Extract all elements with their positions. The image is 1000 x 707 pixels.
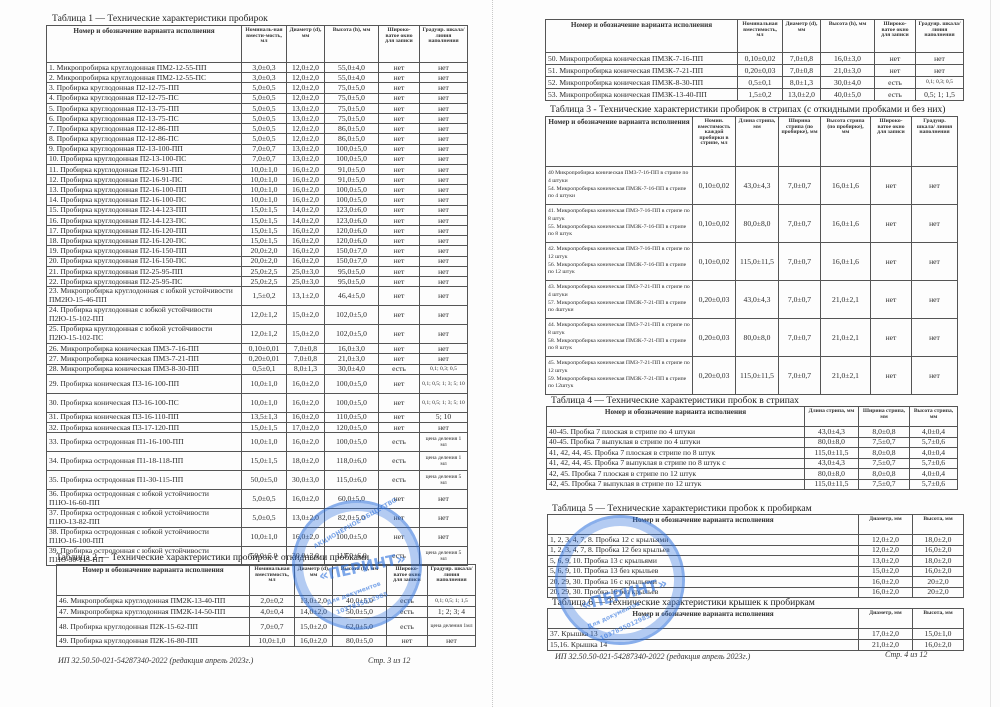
variant-cell: 41, 42, 44, 45. Пробка 7 выпуклая в стри… <box>547 458 805 469</box>
value-cell: 7,0±0,7 <box>242 144 287 154</box>
value-cell: 15,0±1,5 <box>242 452 287 471</box>
value-cell: 25,0±3,0 <box>287 266 325 276</box>
column-header: Широко-ватое окно для записи <box>379 26 420 63</box>
value-cell: 16,0±2,0 <box>287 374 325 393</box>
value-cell: 15,0±2,0 <box>859 566 913 577</box>
value-cell: есть <box>379 547 420 566</box>
value-cell: 18,0±2,0 <box>913 556 964 567</box>
table-row: 9. Пробирка круглодонная П2-13-100-ПП7,0… <box>47 144 468 154</box>
value-cell: нет <box>420 325 468 344</box>
value-cell: 21,0±2,0 <box>859 640 913 651</box>
variant-cell: 15. Пробирка круглодонная П2-14-123-ПП <box>47 205 242 215</box>
value-cell: нет <box>379 195 420 205</box>
value-cell: 100,0±5,0 <box>325 144 379 154</box>
value-cell: нет <box>420 509 468 528</box>
value-cell: 102,0±5,0 <box>325 325 379 344</box>
table5-caption: Таблица 5 — Технические характеристики п… <box>552 503 812 514</box>
value-cell: 20,0±2,0 <box>242 246 287 256</box>
table-row: 40-45. Пробка 7 выпуклая в стрипе по 4 ш… <box>547 437 958 448</box>
value-cell: 0,10±0,02 <box>693 243 736 281</box>
value-cell: 10,0±1,0 <box>242 374 287 393</box>
column-header: Номер и обозначение варианта исполнения <box>546 20 738 53</box>
value-cell: 16,0±2,0 <box>287 175 325 185</box>
column-header: Широко-ватое окно для записи <box>871 117 912 167</box>
value-cell: 16,0±2,0 <box>859 577 913 588</box>
table-row: 24. Пробирка круглодонная с юбкой устойч… <box>47 306 468 325</box>
column-header: Диаметр, мм <box>859 515 913 535</box>
variant-cell: 26. Микропробирка коническая ПМ3-7-16-ПП <box>47 344 242 354</box>
value-cell: нет <box>871 205 912 243</box>
value-cell: 7,5±0,7 <box>859 479 910 490</box>
value-cell: 16,0±2,0 <box>913 566 964 577</box>
value-cell: нет <box>379 154 420 164</box>
table3-strip-tubes: Номер и обозначение варианта исполненияН… <box>545 116 958 395</box>
table-row: 40-45. Пробка 7 плоская в стрипе по 4 шт… <box>547 427 958 438</box>
column-header: Номер и обозначение варианта исполнения <box>47 26 242 63</box>
value-cell: 123,0±6,0 <box>325 205 379 215</box>
value-cell: 25,0±3,0 <box>287 276 325 286</box>
variant-cell: 24. Пробирка круглодонная с юбкой устойч… <box>47 306 242 325</box>
variant-cell: 12. Пробирка круглодонная П2-16-91-ПС <box>47 175 242 185</box>
value-cell: нет <box>420 63 468 73</box>
value-cell: 10,0±1,0 <box>242 528 287 547</box>
value-cell: 10,0±1,0 <box>242 185 287 195</box>
value-cell: 12,0±2,0 <box>287 83 325 93</box>
column-header: Номиналь-ная вмести-мость, мл <box>242 26 287 63</box>
value-cell: 7,0±0,7 <box>250 618 295 636</box>
value-cell: нет <box>420 226 468 236</box>
variant-cell: 43. Микропробирка коническая ПМ3-7-21-ПП… <box>546 281 693 319</box>
value-cell: 0,1; 0,5; 1; 3; 5; 10 <box>420 374 468 393</box>
table-row: 23. Микропробирка круглодонная с юбкой у… <box>47 287 468 306</box>
table-row: 5. Пробирка круглодонная П2-13-75-ПП5,0±… <box>47 103 468 113</box>
variant-cell: 6. Пробирка круглодонная П2-13-75-ПС <box>47 113 242 123</box>
footer-page-number: Стр. 3 из 12 <box>368 656 410 665</box>
value-cell: нет <box>420 164 468 174</box>
value-cell: нет <box>379 124 420 134</box>
value-cell: 100,0±5,0 <box>325 154 379 164</box>
table-row: 28. Микропробирка коническая ПМ3-8-30-ПП… <box>47 364 468 374</box>
value-cell: есть <box>379 471 420 490</box>
variant-cell: 1, 2, 3, 4, 7, 8. Пробка 12 с крыльями <box>548 535 859 546</box>
value-cell: 7,0±0,7 <box>779 319 821 357</box>
table-row: 20, 29, 30. Пробка 16 с крыльями16,0±2,0… <box>548 577 964 588</box>
variant-cell: 48. Пробирка круглодонная П2К-15-62-ПП <box>57 618 250 636</box>
table-row: 22. Пробирка круглодонная П2-25-95-ПС25,… <box>47 276 468 286</box>
value-cell: 5,0±0,5 <box>242 490 287 509</box>
value-cell: 18,0±2,0 <box>287 452 325 471</box>
value-cell: 55,0±4,0 <box>325 63 379 73</box>
value-cell: 4,0±0,4 <box>910 469 958 480</box>
value-cell: 7,0±0,7 <box>779 281 821 319</box>
value-cell: 2,0±0,2 <box>250 596 295 607</box>
value-cell: 14,0±2,0 <box>295 607 333 618</box>
value-cell: 62,0±5,0 <box>333 618 387 636</box>
value-cell: 16,0±2,0 <box>287 236 325 246</box>
value-cell: 0,1; 0,3; 0,5 <box>420 364 468 374</box>
value-cell: 12,0±2,0 <box>287 63 325 73</box>
variant-cell: 21. Пробирка круглодонная П2-25-95-ПП <box>47 266 242 276</box>
value-cell: 5,0±0,5 <box>242 103 287 113</box>
value-cell: нет <box>379 73 420 83</box>
value-cell: 75,0±5,0 <box>325 83 379 93</box>
value-cell: 15,0±1,5 <box>242 236 287 246</box>
table3-header-row: Номер и обозначение варианта исполненияН… <box>546 117 958 167</box>
value-cell: нет <box>379 266 420 276</box>
value-cell: нет <box>420 354 468 364</box>
value-cell: 115,0±11,5 <box>736 243 779 281</box>
column-header: Высота стрипа, мм <box>910 407 958 427</box>
value-cell: нет <box>420 528 468 547</box>
variant-cell: 51. Микропробирка коническая ПМ3К-7-21-П… <box>546 65 738 77</box>
value-cell: нет <box>871 357 912 395</box>
value-cell: 80,0±8,0 <box>805 437 859 448</box>
value-cell: 8,0±0,8 <box>859 448 910 459</box>
column-header: Номер и обозначение варианта исполнения <box>546 117 693 167</box>
table-row: 7. Пробирка круглодонная П2-12-86-ПП5,0±… <box>47 124 468 134</box>
value-cell: нет <box>379 393 420 412</box>
variant-cell: 18. Пробирка круглодонная П2-16-120-ПС <box>47 236 242 246</box>
variant-cell: 7. Пробирка круглодонная П2-12-86-ПП <box>47 124 242 134</box>
column-header: Высота (h), мм <box>333 565 387 596</box>
value-cell: 16,0±2,0 <box>287 433 325 452</box>
table-row: 31. Пробирка коническая П3-16-110-ПП13,5… <box>47 412 468 422</box>
value-cell: нет <box>916 65 964 77</box>
value-cell: 16,0±1,6 <box>821 205 871 243</box>
value-cell: нет <box>420 73 468 83</box>
value-cell: 15,0±1,5 <box>242 422 287 432</box>
variant-cell: 40 Микропробирка коническая ПМ3-7-16-ПП … <box>546 167 693 205</box>
column-header: Ширина стрипа (по пробирке), мм <box>779 117 821 167</box>
variant-cell: 20, 29, 30. Пробка 16 с крыльями <box>548 577 859 588</box>
table4-header-row: Номер и обозначение варианта исполненияД… <box>547 407 958 427</box>
value-cell: 16,0±2,0 <box>287 185 325 195</box>
column-header: Широко-ватое окно для записи <box>387 565 428 596</box>
value-cell: 5,0±0,5 <box>242 134 287 144</box>
value-cell: 75,0±5,0 <box>325 113 379 123</box>
table-row: 38. Пробирка остродонная с юбкой устойчи… <box>47 528 468 547</box>
value-cell: 13,5±1,3 <box>242 412 287 422</box>
value-cell: есть <box>387 607 428 618</box>
value-cell: 1,5±0,2 <box>738 89 783 101</box>
value-cell: 15,0±2,0 <box>287 325 325 344</box>
value-cell: нет <box>379 93 420 103</box>
table-row: 3. Пробирка круглодонная П2-12-75-ПП5,0±… <box>47 83 468 93</box>
value-cell: 8,0±1,3 <box>783 77 821 89</box>
value-cell: 7,0±0,7 <box>779 167 821 205</box>
table-row: 42, 45. Пробка 7 плоская в стрипе по 12 … <box>547 469 958 480</box>
value-cell: нет <box>379 246 420 256</box>
value-cell: 123,0±6,0 <box>325 215 379 225</box>
table-row: 12. Пробирка круглодонная П2-16-91-ПС10,… <box>47 175 468 185</box>
value-cell: 12,0±2,0 <box>287 73 325 83</box>
table-row: 8. Пробирка круглодонная П2-12-86-ПС5,0±… <box>47 134 468 144</box>
value-cell: 7,0±0,7 <box>779 205 821 243</box>
table6-caption: Таблица 6 — Технические характеристики к… <box>552 597 815 608</box>
table-row: 50. Микропробирка коническая ПМ3К-7-16-П… <box>546 53 964 65</box>
variant-cell: 10. Пробирка круглодонная П2-13-100-ПС <box>47 154 242 164</box>
variant-cell: 28. Микропробирка коническая ПМ3-8-30-ПП <box>47 364 242 374</box>
table-row: 5, 6, 9, 10. Пробка 13 с крыльями13,0±2,… <box>548 556 964 567</box>
value-cell: 5,0±0,5 <box>242 83 287 93</box>
value-cell: 7,0±0,7 <box>779 357 821 395</box>
variant-cell: 35. Пробирка остродонная П1-30-115-ПП <box>47 471 242 490</box>
value-cell: нет <box>379 509 420 528</box>
value-cell: 115,0±11,5 <box>805 479 859 490</box>
value-cell: 16,0±3,0 <box>821 53 875 65</box>
value-cell: нет <box>871 281 912 319</box>
value-cell: 110,0±5,0 <box>325 412 379 422</box>
value-cell: нет <box>379 83 420 93</box>
value-cell: 0,20±0,03 <box>693 357 736 395</box>
value-cell: 15,0±1,5 <box>242 205 287 215</box>
variant-cell: 5, 6, 9, 10. Пробка 13 без крыльев <box>548 566 859 577</box>
value-cell: 80,0±5,0 <box>333 636 387 647</box>
table1-caption: Таблица 1 — Технические характеристики п… <box>52 13 268 24</box>
value-cell: 13,0±2,0 <box>783 89 821 101</box>
page-seam <box>492 0 494 707</box>
table-row: 19. Пробирка круглодонная П2-16-150-ПП20… <box>47 246 468 256</box>
value-cell: нет <box>420 344 468 354</box>
page-edge <box>990 0 991 707</box>
table-row: 6. Пробирка круглодонная П2-13-75-ПС5,0±… <box>47 113 468 123</box>
value-cell: 8,0±0,8 <box>859 427 910 438</box>
value-cell: есть <box>387 618 428 636</box>
value-cell: нет <box>420 422 468 432</box>
variant-cell: 41, 42, 44, 45. Пробка 7 плоская в стрип… <box>547 448 805 459</box>
value-cell: нет <box>420 93 468 103</box>
variant-cell: 2. Микропробирка круглодонная ПМ2-12-55-… <box>47 73 242 83</box>
value-cell: 5,7±0,6 <box>910 437 958 448</box>
variant-cell: 40-45. Пробка 7 выпуклая в стрипе по 4 ш… <box>547 437 805 448</box>
footer-doc-id: ИП 32.50.50-021-54287340-2022 (редакция … <box>555 652 750 661</box>
table1-tube-specs: Номер и обозначение варианта исполненияН… <box>46 25 468 566</box>
variant-cell: 31. Пробирка коническая П3-16-110-ПП <box>47 412 242 422</box>
value-cell: 5,7±0,6 <box>910 479 958 490</box>
value-cell: нет <box>420 195 468 205</box>
variant-cell: 50. Микропробирка коническая ПМ3К-7-16-П… <box>546 53 738 65</box>
value-cell: 12,0±2,0 <box>287 124 325 134</box>
value-cell: 43,0±4,3 <box>805 458 859 469</box>
value-cell: 0,5; 1; 1,5 <box>916 89 964 101</box>
table-row: 21. Пробирка круглодонная П2-25-95-ПП25,… <box>47 266 468 276</box>
value-cell: 102,0±5,0 <box>325 306 379 325</box>
variant-cell: 36. Пробирка остродонная с юбкой устойчи… <box>47 490 242 509</box>
value-cell: 13,0±2,0 <box>287 509 325 528</box>
column-header: Градуир. шкала/ линия наполнения <box>420 26 468 63</box>
variant-cell: 20, 29, 30. Пробка 16 без крыльев <box>548 587 859 598</box>
value-cell: 12,0±2,0 <box>287 134 325 144</box>
variant-cell: 15,16. Крышка 14 <box>548 640 859 651</box>
value-cell: 10,0±1,0 <box>242 393 287 412</box>
value-cell: 100,0±5,0 <box>325 393 379 412</box>
column-header: Высота, мм <box>913 515 964 535</box>
value-cell: 10,0±1,0 <box>242 195 287 205</box>
column-header: Диаметр (d), мм <box>783 20 821 53</box>
value-cell: 5,7±0,6 <box>910 458 958 469</box>
table-row: 48. Пробирка круглодонная П2К-15-62-ПП7,… <box>57 618 476 636</box>
table-row: 51. Микропробирка коническая ПМ3К-7-21-П… <box>546 65 964 77</box>
variant-cell: 22. Пробирка круглодонная П2-25-95-ПС <box>47 276 242 286</box>
variant-cell: 30. Пробирка коническая П3-16-100-ПС <box>47 393 242 412</box>
value-cell: нет <box>387 636 428 647</box>
value-cell: 21,0±3,0 <box>325 354 379 364</box>
table-row: 36. Пробирка остродонная с юбкой устойчи… <box>47 490 468 509</box>
column-header: Градуир. шкала/ линия наполнения <box>916 20 964 53</box>
value-cell: 16,0±1,6 <box>821 243 871 281</box>
value-cell: 115,0±11,5 <box>736 357 779 395</box>
variant-cell: 27. Микропробирка коническая ПМ3-7-21-ПП <box>47 354 242 364</box>
value-cell: 16,0±2,0 <box>287 164 325 174</box>
value-cell: 0,10±0,02 <box>738 53 783 65</box>
value-cell: 13,0±2,0 <box>859 556 913 567</box>
value-cell: нет <box>871 319 912 357</box>
column-header: Широко-ватое окно для записи <box>875 20 916 53</box>
variant-cell: 34. Пробирка остродонная П1-18-118-ПП <box>47 452 242 471</box>
table-row: 20, 29, 30. Пробка 16 без крыльев16,0±2,… <box>548 587 964 598</box>
variant-cell: 3. Пробирка круглодонная П2-12-75-ПП <box>47 83 242 93</box>
value-cell: 5,0±0,5 <box>242 124 287 134</box>
value-cell: нет <box>379 276 420 286</box>
value-cell: 75,0±5,0 <box>325 93 379 103</box>
value-cell: нет <box>420 175 468 185</box>
column-header: Номер и обозначение варианта исполнения <box>548 609 859 629</box>
value-cell: 12,0±1,2 <box>242 306 287 325</box>
value-cell: 16,0±2,0 <box>287 393 325 412</box>
value-cell: нет <box>420 144 468 154</box>
value-cell: 150,0±7,0 <box>325 246 379 256</box>
variant-cell: 14. Пробирка круглодонная П2-16-100-ПС <box>47 195 242 205</box>
value-cell: цена деления 5 мл <box>420 471 468 490</box>
value-cell: 91,0±5,0 <box>325 164 379 174</box>
table2-header-row: Номер и обозначение варианта исполненияН… <box>57 565 476 596</box>
value-cell: есть <box>875 89 916 101</box>
table-row: 33. Пробирка остродонная П1-16-100-ПП10,… <box>47 433 468 452</box>
value-cell: есть <box>379 364 420 374</box>
table-row: 26. Микропробирка коническая ПМ3-7-16-ПП… <box>47 344 468 354</box>
value-cell: 7,0±0,8 <box>783 65 821 77</box>
value-cell: 80,0±8,0 <box>805 469 859 480</box>
value-cell: 14,0±2,0 <box>287 205 325 215</box>
table-row: 18. Пробирка круглодонная П2-16-120-ПС15… <box>47 236 468 246</box>
value-cell: нет <box>420 113 468 123</box>
value-cell: 13,0±2,0 <box>287 113 325 123</box>
value-cell: нет <box>379 287 420 306</box>
value-cell: нет <box>912 167 958 205</box>
value-cell: нет <box>420 490 468 509</box>
value-cell: 16,0±2,0 <box>287 528 325 547</box>
value-cell: 46,4±5,0 <box>325 287 379 306</box>
value-cell: 20±2,0 <box>913 587 964 598</box>
table5-tube-plugs: Номер и обозначение варианта исполненияД… <box>547 514 964 598</box>
table-row: 52. Микропробирка коническая ПМ3К-8-30-П… <box>546 77 964 89</box>
column-header: Ширина стрипа, мм <box>859 407 910 427</box>
value-cell: 120,0±6,0 <box>325 226 379 236</box>
value-cell: 13,0±2,0 <box>295 596 333 607</box>
variant-cell: 20. Пробирка круглодонная П2-16-150-ПС <box>47 256 242 266</box>
value-cell: 7,5±0,7 <box>859 437 910 448</box>
value-cell: 8,0±1,3 <box>287 364 325 374</box>
value-cell: 16,0±2,0 <box>287 490 325 509</box>
variant-cell: 17. Пробирка круглодонная П2-16-120-ПП <box>47 226 242 236</box>
value-cell: 16,0±2,0 <box>295 636 333 647</box>
value-cell: нет <box>379 113 420 123</box>
table6-header-row: Номер и обозначение варианта исполненияД… <box>548 609 964 629</box>
table-row: 37. Пробирка остродонная с юбкой устойчи… <box>47 509 468 528</box>
variant-cell: 42, 45. Пробка 7 выпуклая в стрипе по 12… <box>547 479 805 490</box>
value-cell: цена деления 1мл <box>428 618 476 636</box>
variant-cell: 49. Пробирка круглодонная П2К-16-80-ПП <box>57 636 250 647</box>
value-cell: нет <box>379 175 420 185</box>
column-header: Градуир. шкала/ линия наполнения <box>912 117 958 167</box>
value-cell: нет <box>379 325 420 344</box>
table-row: 41, 42, 44, 45. Пробка 7 плоская в стрип… <box>547 448 958 459</box>
value-cell: 7,0±0,8 <box>287 344 325 354</box>
table3-caption: Таблица 3 - Технические характеристики п… <box>550 104 946 115</box>
value-cell: 12,0±2,0 <box>859 545 913 556</box>
value-cell: нет <box>379 205 420 215</box>
value-cell: 60,0±5,0 <box>325 490 379 509</box>
column-header: Диаметр (d), мм <box>295 565 333 596</box>
value-cell: 120,0±5,0 <box>325 422 379 432</box>
table-row: 17. Пробирка круглодонная П2-16-120-ПП15… <box>47 226 468 236</box>
value-cell: нет <box>875 53 916 65</box>
value-cell: 80,0±8,0 <box>736 205 779 243</box>
table-row: 1, 2, 3, 4, 7, 8. Пробка 12 с крыльями12… <box>548 535 964 546</box>
value-cell: нет <box>379 344 420 354</box>
table4-strip-caps: Номер и обозначение варианта исполненияД… <box>546 406 958 490</box>
footer-page-number: Стр. 4 из 12 <box>885 650 927 659</box>
table-row: 25. Пробирка круглодонная с юбкой устойч… <box>47 325 468 344</box>
value-cell: 43,0±4,3 <box>805 427 859 438</box>
value-cell: 21,0±2,1 <box>821 319 871 357</box>
value-cell: нет <box>912 357 958 395</box>
value-cell: 0,1; 0,5; 1; 3; 5; 10 <box>420 393 468 412</box>
table-row: 15,16. Крышка 1421,0±2,016,0±2,0 <box>548 640 964 651</box>
table-row: 44. Микропробирка коническая ПМ3-7-21-ПП… <box>546 319 958 357</box>
value-cell: 10,0±1,0 <box>250 636 295 647</box>
table-row: 2. Микропробирка круглодонная ПМ2-12-55-… <box>47 73 468 83</box>
value-cell: нет <box>379 144 420 154</box>
variant-cell: 47. Микропробирка круглодонная ПМ2К-14-5… <box>57 607 250 618</box>
value-cell: 16,0±2,0 <box>287 412 325 422</box>
variant-cell: 32. Пробирка коническая П3-17-120-ПП <box>47 422 242 432</box>
value-cell: 0,5±0,1 <box>738 77 783 89</box>
value-cell: нет <box>420 306 468 325</box>
value-cell: 5,0±0,5 <box>242 113 287 123</box>
column-header: Длина стрипа, мм <box>805 407 859 427</box>
value-cell: 50,0±5,0 <box>242 471 287 490</box>
value-cell: 7,0±0,8 <box>287 354 325 364</box>
variant-cell: 37. Крышка 13 <box>548 629 859 640</box>
variant-cell: 44. Микропробирка коническая ПМ3-7-21-ПП… <box>546 319 693 357</box>
value-cell: нет <box>420 256 468 266</box>
value-cell: 7,5±0,7 <box>859 458 910 469</box>
value-cell: 100,0±5,0 <box>325 433 379 452</box>
column-header: Номер и обозначение варианта исполнения <box>548 515 859 535</box>
value-cell: есть <box>379 433 420 452</box>
value-cell: 0,10±0,02 <box>693 167 736 205</box>
value-cell: 15,0±1,5 <box>242 215 287 225</box>
value-cell: 16,0±1,6 <box>821 167 871 205</box>
value-cell: 40,0±5,0 <box>821 89 875 101</box>
value-cell: нет <box>420 103 468 113</box>
right-page: Номер и обозначение варианта исполненияН… <box>500 0 1000 707</box>
value-cell: 50,0±5,0 <box>333 607 387 618</box>
value-cell: 10,0±1,0 <box>242 175 287 185</box>
value-cell: есть <box>379 452 420 471</box>
value-cell: 13,0±2,0 <box>287 103 325 113</box>
